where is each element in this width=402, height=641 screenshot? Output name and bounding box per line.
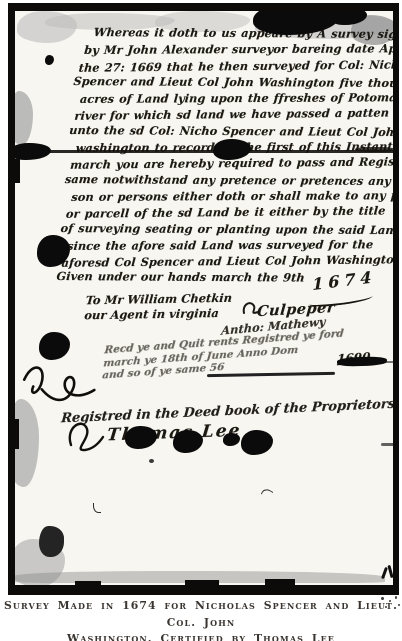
ink-spot <box>45 55 54 65</box>
signature-flourish-icon <box>63 415 105 455</box>
print-speck <box>398 604 400 606</box>
print-speck <box>389 600 391 602</box>
frame-nub <box>15 159 20 183</box>
edge-dash-mark <box>381 443 393 446</box>
print-speck <box>385 606 387 608</box>
edge-dash-mark <box>385 361 393 363</box>
caption-line-1: Survey Made in 1674 for Nicholas Spencer… <box>0 598 402 631</box>
stray-ink-squiggle <box>381 567 388 579</box>
frame-nub <box>75 581 101 585</box>
frame-nub <box>15 419 19 449</box>
frame-nub <box>185 580 219 585</box>
address-line: our Agent in virginia <box>84 305 232 322</box>
ink-dot <box>149 459 154 463</box>
photo-caption: Survey Made in 1674 for Nicholas Spencer… <box>0 598 402 641</box>
manuscript-line: of surveying seating or planting upon th… <box>60 220 393 238</box>
ink-blot <box>39 526 64 557</box>
manuscript-line: unto the sd Col: Nicho Spencer and Lieut… <box>68 122 393 140</box>
caption-line-2: Washington. Certified by Thomas Lee <box>0 631 402 641</box>
ink-smear <box>337 356 387 367</box>
manuscript-line: Spencer and Lieut Col John Washington fi… <box>73 73 393 91</box>
paper-stain <box>15 91 33 145</box>
manuscript-line: same notwithstand any pretence or preten… <box>64 171 393 189</box>
ink-blot <box>125 426 157 449</box>
document-photo-frame: Whereas it doth to us appeare by A surve… <box>8 3 399 595</box>
print-speck <box>381 597 384 600</box>
stray-ink-squiggle <box>387 565 393 578</box>
crease-line <box>15 150 393 153</box>
frame-nub <box>265 579 295 585</box>
print-speck <box>395 596 397 599</box>
ink-blot <box>241 430 273 455</box>
stray-ink-mark <box>261 487 274 499</box>
ink-paraph-flourish <box>16 352 100 414</box>
ink-blot <box>223 433 240 446</box>
ink-blot <box>173 430 203 453</box>
ink-blot <box>15 143 51 160</box>
stray-ink-mark <box>93 503 101 513</box>
crease-line <box>355 147 393 152</box>
signature-flourish-icon <box>241 299 261 317</box>
manuscript-paper: Whereas it doth to us appeare by A surve… <box>15 11 393 585</box>
manuscript-line: by Mr John Alexander surveyor bareing da… <box>84 40 393 58</box>
address-block: To Mr William Chetkin our Agent in virgi… <box>84 291 233 323</box>
book-page: Whereas it doth to us appeare by A surve… <box>0 0 402 641</box>
